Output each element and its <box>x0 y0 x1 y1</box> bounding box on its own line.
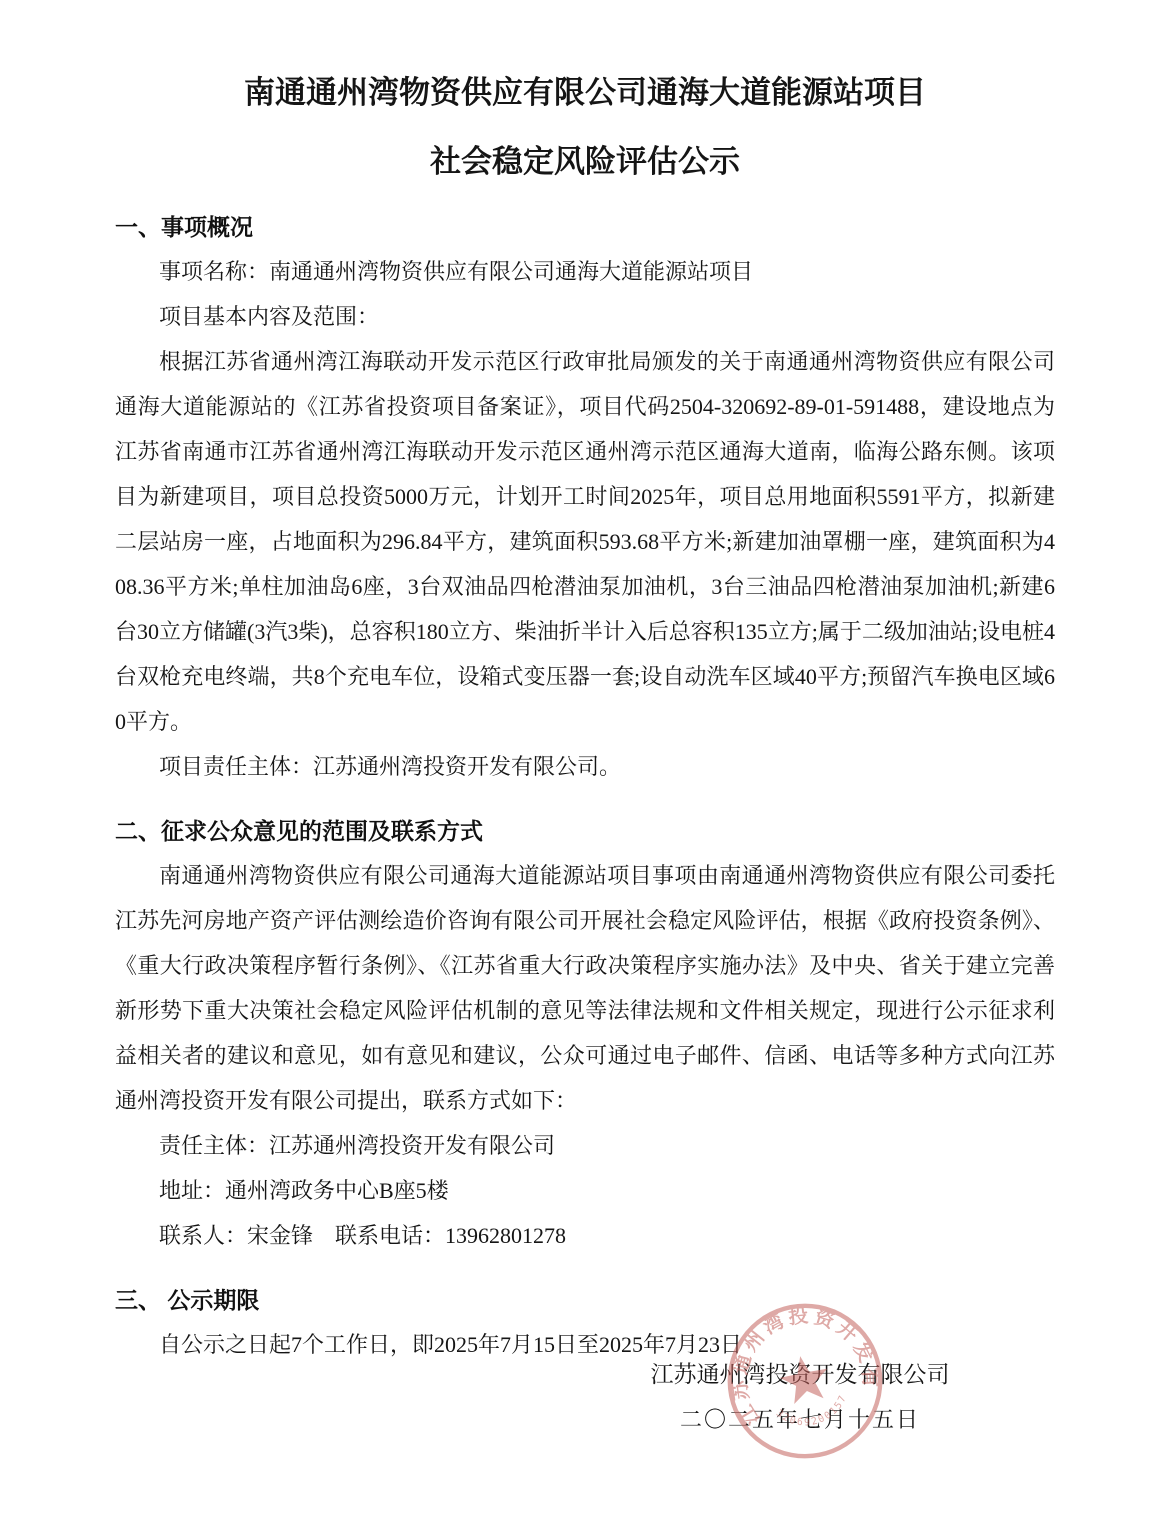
signature-date: 二〇二五年七月十五日 <box>650 1405 950 1435</box>
paragraph: 项目基本内容及范围： <box>115 294 1055 339</box>
section-heading-2: 二、征求公众意见的范围及联系方式 <box>115 811 1055 851</box>
signature-company: 江苏通州湾投资开发有限公司 <box>650 1360 950 1390</box>
paragraph: 联系人：宋金锋 联系电话：13962801278 <box>115 1213 1055 1258</box>
paragraph: 项目责任主体：江苏通州湾投资开发有限公司。 <box>115 744 1055 789</box>
section-overview: 一、事项概况 事项名称：南通通州湾物资供应有限公司通海大道能源站项目 项目基本内… <box>115 207 1055 789</box>
section-heading-1: 一、事项概况 <box>115 207 1055 247</box>
paragraph: 责任主体：江苏通州湾投资开发有限公司 <box>115 1123 1055 1168</box>
paragraph: 南通通州湾物资供应有限公司通海大道能源站项目事项由南通通州湾物资供应有限公司委托… <box>115 853 1055 1123</box>
document-title-line1: 南通通州湾物资供应有限公司通海大道能源站项目 <box>115 74 1055 112</box>
paragraph: 根据江苏省通州湾江海联动开发示范区行政审批局颁发的关于南通通州湾物资供应有限公司… <box>115 339 1055 744</box>
paragraph: 事项名称：南通通州湾物资供应有限公司通海大道能源站项目 <box>115 249 1055 294</box>
section-heading-3: 三、 公示期限 <box>115 1280 1055 1320</box>
notice-page: 南通通州湾物资供应有限公司通海大道能源站项目 社会稳定风险评估公示 一、事项概况… <box>0 0 1170 1536</box>
paragraph: 地址：通州湾政务中心B座5楼 <box>115 1168 1055 1213</box>
section-public-comment: 二、征求公众意见的范围及联系方式 南通通州湾物资供应有限公司通海大道能源站项目事… <box>115 811 1055 1258</box>
document-title-line2: 社会稳定风险评估公示 <box>115 143 1055 181</box>
section-publicity-period: 三、 公示期限 自公示之日起7个工作日，即2025年7月15日至2025年7月2… <box>115 1280 1055 1367</box>
signature-block: 江苏通州湾投资开发有限公司 二〇二五年七月十五日 <box>650 1360 950 1435</box>
